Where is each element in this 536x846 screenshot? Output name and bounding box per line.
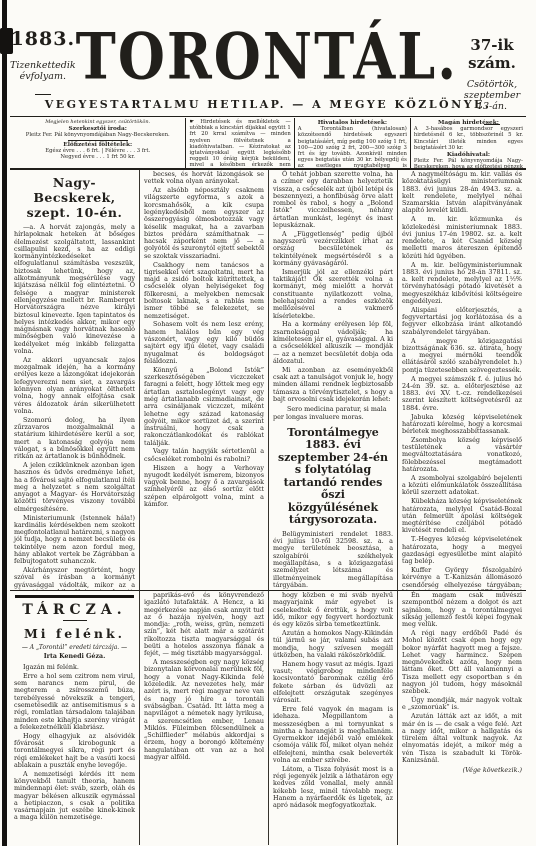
tarcza-col4-text: Én magam csak művészi szempontból nézem … bbox=[402, 592, 522, 764]
tarcza-col3-text: hogy közben e mi sváb nyelvű magyarjaink… bbox=[273, 592, 393, 810]
header-center: TORONTÁL. bbox=[76, 10, 458, 102]
paragraph: —a. A horvát zajongás, mely a hírlapokna… bbox=[14, 224, 135, 355]
header-left: 1883. Tizenkettedik évfolyam. bbox=[10, 10, 76, 102]
tarcza-col1-text: Igazán mi felénk.Erre a hol sem czitrom … bbox=[14, 664, 135, 822]
header-right: 37-ik szám. Csötörtök, szeptember 13-án. bbox=[458, 10, 526, 102]
paragraph: Az alsóbb néposztály csaknem világszerte… bbox=[144, 187, 264, 260]
paragraph: A megye közigazgatási bizottságának 636.… bbox=[402, 338, 522, 374]
paragraph: hogy közben e mi sváb nyelvű magyarjaink… bbox=[273, 592, 393, 628]
paragraph: A nagyméltóságu m. kir. vallás és közokt… bbox=[402, 171, 522, 215]
tarcza-column-3: hogy közben e mi sváb nyelvű magyarjaink… bbox=[268, 591, 397, 845]
tarcza-column-1: TÁRCZA. Mi felénk. — A „Torontál” eredet… bbox=[10, 591, 139, 845]
masthead-header: 1883. Tizenkettedik évfolyam. TORONTÁL. … bbox=[10, 10, 526, 102]
paragraph: Én magam csak művészi szempontból nézem … bbox=[402, 592, 522, 628]
year-label: 1883. bbox=[10, 28, 76, 50]
tarcza-subtitle: — A „Torontál” eredeti tárczája. — bbox=[14, 644, 135, 651]
ads-body: ☛ Hirdetések és mellékletek — utóbbiak a… bbox=[189, 119, 290, 168]
paragraph: Ismerjük jól az ellenzéki párt taktikájá… bbox=[273, 269, 393, 320]
continuation-note: (Vége következik.) bbox=[402, 766, 522, 774]
lead-col3-text: Ő tehát jobban szerette volna, ha a czím… bbox=[273, 171, 393, 403]
publication-info-bar: Megjelen hetenkint egyszer, csütörtökön.… bbox=[10, 118, 526, 170]
paragraph: Ministeriumunk (Istennek hála!) kardinál… bbox=[14, 515, 135, 566]
paragraph: Csakhogy nem tanácsos a tigrisekkel vért… bbox=[144, 262, 264, 320]
paragraph: Ha a kormány erélyesen lép föl, zsarnoks… bbox=[273, 321, 393, 365]
column-4: A nagyméltóságu m. kir. vallás és közokt… bbox=[397, 170, 526, 590]
publisher-body: Pleitz Fer. Pál könyvnyomdája Nagy-Becsk… bbox=[414, 158, 523, 168]
column-1: Nagy-Becskerek, szept. 10-én. —a. A horv… bbox=[10, 170, 139, 590]
office-body: Pleitz Fer. Pál könyvnyomdájában Nagy-Be… bbox=[13, 132, 182, 138]
paragraph: paprikás-evő és könyvrendező igazlátó lu… bbox=[144, 592, 264, 658]
latin-quote: Sero medicina paratur, si mala per longa… bbox=[273, 406, 393, 421]
paragraph: Hanem hogy vasut az mégis. Igazi vasut; … bbox=[273, 661, 393, 705]
paragraph: A „Függetlenség” pedig újból nagyszerű v… bbox=[273, 231, 393, 267]
info-editorial: Megjelen hetenkint egyszer, csütörtökön.… bbox=[10, 118, 185, 168]
paragraph: Sohasem volt és nem lesz erény, hanem ha… bbox=[144, 321, 264, 365]
newspaper-subtitle: VEGYESTARTALMU HETILAP. — A MEGYE KÖZLÖN… bbox=[10, 98, 526, 117]
paragraph: Kuffer György főszolgabíró kérvénye a T.… bbox=[402, 567, 522, 590]
paragraph: A régi nagy erdőből Padé és Mohol között… bbox=[402, 630, 522, 696]
paragraph: Belügyministeri rendelet 1883. évi juliu… bbox=[273, 531, 393, 589]
assembly-agenda-items: Belügyministeri rendelet 1883. évi juliu… bbox=[273, 531, 393, 590]
lead-col4-text: A nagyméltóságu m. kir. vallás és közokt… bbox=[402, 171, 522, 590]
paragraph: Akárhányszor megtörtént, hogy szóval és … bbox=[14, 567, 135, 590]
lead-col1-text: —a. A horvát zajongás, mely a hírlapokna… bbox=[14, 224, 135, 590]
column-2: becses, és horvát lázongások se vettek v… bbox=[139, 170, 268, 590]
official-ads-body: A Torontálban (hivatalosan) közzéteendő … bbox=[298, 126, 407, 168]
paragraph: Mi azonban az eseményekből csak azt a ta… bbox=[273, 367, 393, 403]
paragraph: A m. kir. belügyministeriumnak 1883. évi… bbox=[402, 262, 522, 306]
private-ads-body: A 3-hasábos garmondsor egyszeri hirdetés… bbox=[414, 126, 523, 151]
info-ads: ☛ Hirdetések és mellékletek — utóbbiak a… bbox=[185, 118, 293, 168]
paragraph: A megyei számszék f. é. julius hó 24-én … bbox=[402, 376, 522, 412]
paragraph: T.-Hegyes község képviseletének határoza… bbox=[402, 536, 522, 565]
paragraph: Zsombolya község képviselő testületének … bbox=[402, 437, 522, 473]
paragraph: Azután látták azt az időt, a mit már én … bbox=[402, 713, 522, 764]
paragraph: Igazán mi felénk. bbox=[14, 664, 135, 671]
paragraph: A m. kir. közmunka és közlekedési minist… bbox=[402, 216, 522, 260]
tarcza-ornament bbox=[63, 620, 87, 621]
info-private-ads: Magán hirdetések: A 3-hasábos garmondsor… bbox=[410, 118, 526, 168]
volume-label: Tizenkettedik évfolyam. bbox=[10, 60, 76, 82]
issue-number: 37-ik szám. bbox=[458, 36, 526, 72]
assembly-agenda-heading: Torontálmegye 1883. évi szeptember 24-én… bbox=[274, 427, 392, 527]
lead-col2-text: becses, és horvát lázongások se vettek v… bbox=[144, 171, 264, 508]
subscription-line2: Negyed évre . . . 1 frt 50 kr. bbox=[13, 154, 182, 160]
paragraph: A zsombolyai szolgabíró bejelenti a közú… bbox=[402, 475, 522, 497]
tarcza-title: Mi felénk. bbox=[14, 626, 135, 641]
paragraph: Az akkori ugyancsak zajos mozgalmak idej… bbox=[14, 357, 135, 415]
paragraph: Azután a homokos Nagy-Kikindán túl jármű… bbox=[273, 630, 393, 659]
tarcza-column-2: paprikás-evő és könyvrendező igazlátó lu… bbox=[139, 591, 268, 845]
paragraph: A messzeségben egy nagy község bizonytal… bbox=[144, 659, 264, 761]
paragraph: Jabuka község képviseletének határozati … bbox=[402, 414, 522, 436]
column-3: Ő tehát jobban szerette volna, ha a czím… bbox=[268, 170, 397, 590]
tarcza-byline: Irta Kenedi Géza. bbox=[14, 653, 135, 660]
paragraph: becses, és horvát lázongások se vettek v… bbox=[144, 171, 264, 186]
paragraph: Úgy mondják, már nagyok voltak e „szomor… bbox=[402, 697, 522, 712]
mini-rule bbox=[68, 140, 128, 141]
paragraph: Ő tehát jobban szerette volna, ha a czím… bbox=[273, 171, 393, 229]
paragraph: Könnyű a „Bolond Istók” szerkesztőségébe… bbox=[144, 367, 264, 447]
appearance-note: Megjelen hetenkint egyszer, csütörtökön. bbox=[13, 119, 182, 125]
tarcza-thick-rule bbox=[15, 595, 134, 598]
scan-edge-bar bbox=[2, 0, 7, 846]
paragraph: Szomorú dolog, ha ilyen zűrzavaros mozga… bbox=[14, 417, 135, 461]
paragraph: Alispáni előterjesztés, a fegyvertartási… bbox=[402, 307, 522, 336]
paragraph: Kübekháza község képviseletének határoza… bbox=[402, 498, 522, 534]
paragraph: Erre felé vagyok én magam is idehaza. Me… bbox=[273, 706, 393, 764]
paragraph: Hiszen a hogy a Verhovay nyugodt kedélyé… bbox=[144, 465, 264, 509]
paragraph: Vagy talán hagyják sértetlenül a csőcsel… bbox=[144, 448, 264, 463]
paragraph: Látom, a Tisza folyását most is a régi j… bbox=[273, 766, 393, 810]
page-body: Nagy-Becskerek, szept. 10-én. —a. A horv… bbox=[10, 170, 526, 845]
upper-section: Nagy-Becskerek, szept. 10-én. —a. A horv… bbox=[10, 170, 526, 590]
feuilleton-section: TÁRCZA. Mi felénk. — A „Torontál” eredet… bbox=[10, 590, 526, 845]
paragraph: A nemzetiségi kérdés itt nem könyvekből … bbox=[14, 771, 135, 822]
info-official-ads: Hivatalos hirdetések: A Torontálban (hiv… bbox=[294, 118, 410, 168]
newspaper-title: TORONTÁL. bbox=[76, 24, 458, 88]
lead-article-heading: Nagy-Becskerek, szept. 10-én. bbox=[14, 175, 135, 220]
paragraph: A jelen czikkünknek azonban igen hasznos… bbox=[14, 462, 135, 513]
tarcza-rubric: TÁRCZA. bbox=[14, 602, 135, 618]
tarcza-col2-text: paprikás-evő és könyvrendező igazlátó lu… bbox=[144, 592, 264, 761]
newspaper-page: 1883. Tizenkettedik évfolyam. TORONTÁL. … bbox=[0, 0, 536, 846]
paragraph: Hogy elhagyjuk az alsóvidék fővárosát s … bbox=[14, 733, 135, 769]
paragraph: Erre a hol sem czitrom nem virul, sem na… bbox=[14, 673, 135, 731]
tarcza-column-4: Én magam csak művészi szempontból nézem … bbox=[397, 591, 526, 845]
dash-ornament bbox=[35, 94, 51, 95]
